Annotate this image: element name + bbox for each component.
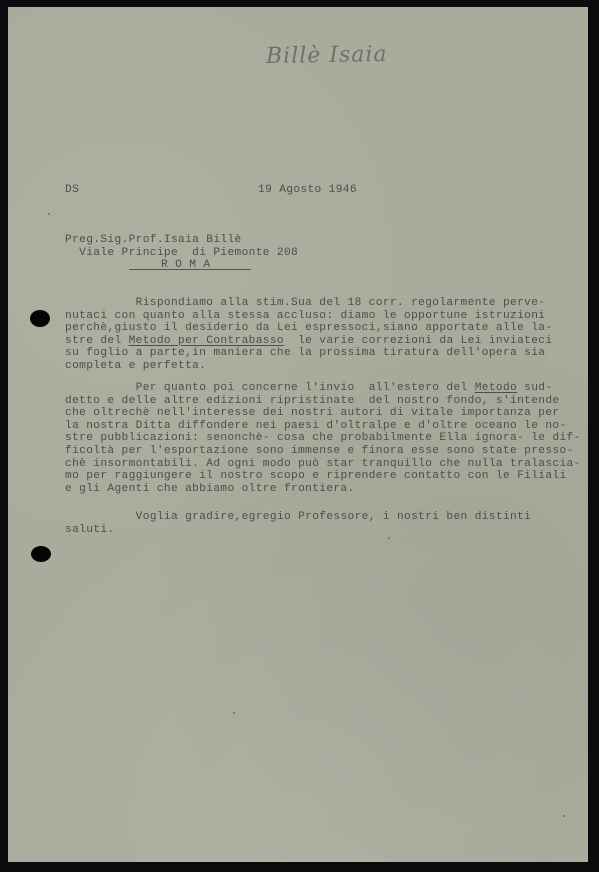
- text-line: la nostra Ditta diffondere nei paesi d'o…: [65, 420, 581, 433]
- text-line: nutaci con quanto alla stessa accluso: d…: [65, 310, 552, 323]
- punch-hole: [30, 310, 50, 327]
- handwritten-annotation: Billè Isaia: [266, 42, 388, 69]
- text-line: Per quanto poi concerne l'invio all'este…: [65, 382, 581, 395]
- text-line: chè insormontabili. Ad ogni modo può sta…: [65, 458, 581, 471]
- text-line: stre del Metodo per Contrabasso le varie…: [65, 335, 552, 348]
- text-fragment: stre del: [65, 335, 129, 347]
- text-line: Rispondiamo alla stim.Sua del 18 corr. r…: [65, 297, 552, 310]
- text-line: completa e perfetta.: [65, 360, 552, 373]
- recipient-name: Preg.Sig.Prof.Isaia Billè: [65, 234, 298, 247]
- text-line: ficoltà per l'esportazione sono immense …: [65, 445, 581, 458]
- recipient-address: Preg.Sig.Prof.Isaia Billè Viale Principe…: [65, 234, 298, 272]
- paragraph-reply: Rispondiamo alla stim.Sua del 18 corr. r…: [65, 297, 552, 373]
- text-fragment: sud-: [517, 382, 552, 394]
- text-line: saluti.: [65, 524, 531, 537]
- letter-page: Billè Isaia DS 19 Agosto 1946 Preg.Sig.P…: [8, 7, 588, 862]
- text-line: e gli Agenti che abbiamo oltre frontiera…: [65, 483, 581, 496]
- work-title-underlined: Metodo per Contrabasso: [129, 335, 284, 347]
- city-underline: [129, 269, 251, 270]
- text-fragment: Per quanto poi concerne l'invio all'este…: [65, 382, 475, 394]
- closing-salutation: Voglia gradire,egregio Professore, i nos…: [65, 511, 531, 536]
- paper-speck: [388, 537, 390, 539]
- paper-speck: [48, 213, 50, 215]
- text-line: mo per raggiungere il nostro scopo e rip…: [65, 470, 581, 483]
- text-line: su foglio a parte,in maniera che la pros…: [65, 347, 552, 360]
- text-fragment: le varie correzioni da Lei inviateci: [284, 335, 552, 347]
- punch-hole: [31, 546, 51, 562]
- text-line: stre pubblicazioni: senonchè- cosa che p…: [65, 432, 581, 445]
- work-title-underlined: Metodo: [475, 382, 517, 394]
- text-line: detto e delle altre edizioni ripristinat…: [65, 395, 581, 408]
- paragraph-export: Per quanto poi concerne l'invio all'este…: [65, 382, 581, 495]
- text-line: perchè,giusto il desiderio da Lei espres…: [65, 322, 552, 335]
- paper-speck: [233, 712, 235, 714]
- paper-speck: [563, 815, 565, 817]
- reference-code: DS: [65, 184, 79, 197]
- letter-date: 19 Agosto 1946: [258, 184, 357, 197]
- text-line: Voglia gradire,egregio Professore, i nos…: [65, 511, 531, 524]
- recipient-street: Viale Principe di Piemonte 208: [65, 247, 298, 260]
- text-line: che oltrechè nell'interesse dei nostri a…: [65, 407, 581, 420]
